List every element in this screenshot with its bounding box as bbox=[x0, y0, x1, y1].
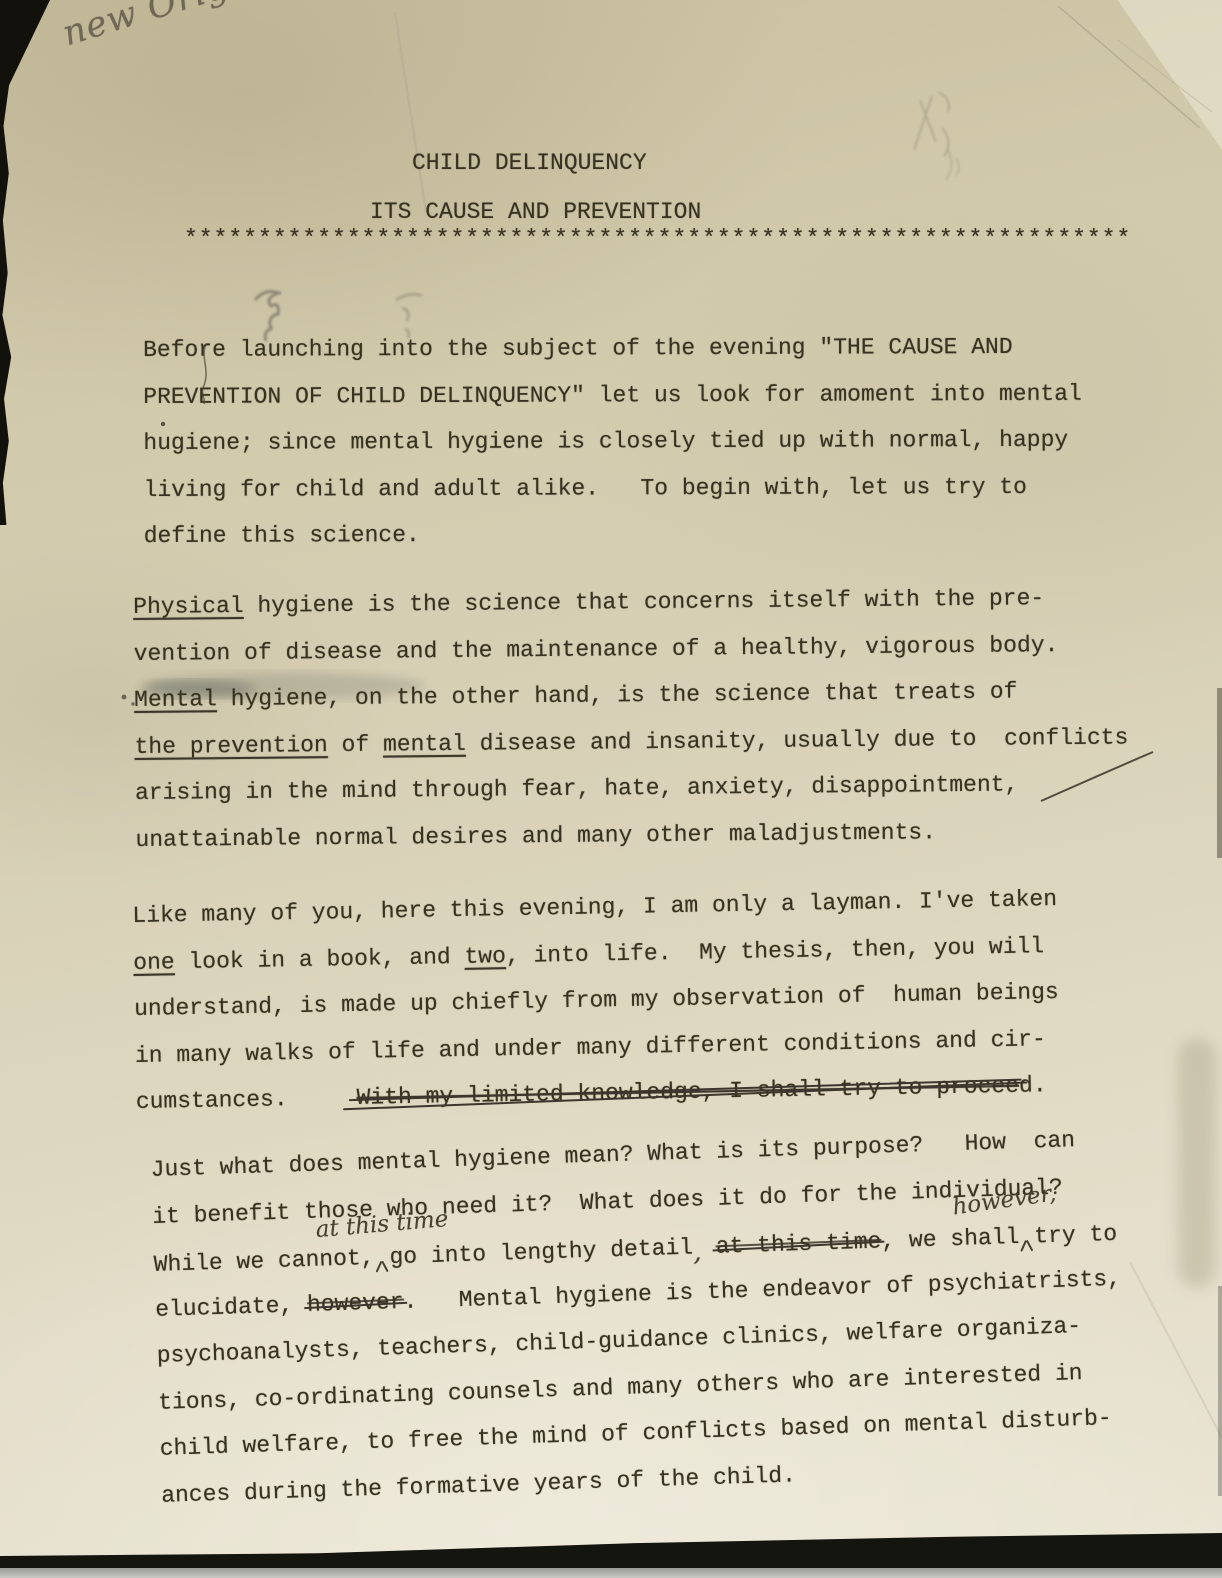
scan-bottom-band bbox=[0, 1522, 1222, 1568]
typed-line: PREVENTION OF CHILD DELINQUENCY" let us … bbox=[143, 370, 1222, 420]
typed-text: vention of disease and the maintenance o… bbox=[134, 632, 1059, 667]
pencil-scribble bbox=[914, 92, 949, 156]
asterisk-divider: ****************************************… bbox=[184, 226, 1131, 252]
torn-left-edge bbox=[0, 0, 16, 525]
typed-text: define this science. bbox=[144, 522, 420, 549]
margin-pen-dot bbox=[122, 695, 127, 700]
caret-mark bbox=[1020, 1240, 1032, 1252]
pencil-scribble bbox=[946, 150, 959, 180]
typed-text: cumstances. bbox=[136, 1085, 357, 1115]
handwritten-note: new Original bbox=[58, 0, 300, 54]
paragraph-layman: Like many of you, here this evening, I a… bbox=[132, 873, 1222, 1125]
handwritten-insertion: however, bbox=[1019, 1232, 1034, 1242]
underlined-text: the prevention bbox=[134, 732, 327, 760]
typed-text: disease and insanity, usually due to con… bbox=[466, 724, 1129, 756]
typed-line: unattainable normal desires and many oth… bbox=[135, 806, 1222, 863]
typed-text: ances during the formative years of the … bbox=[161, 1462, 796, 1508]
document-title: CHILD DELINQUENCY bbox=[412, 150, 647, 176]
underlined-text: one bbox=[133, 949, 175, 976]
handwritten-comma: , bbox=[692, 1229, 702, 1276]
typed-text: arising in the mind through fear, hate, … bbox=[135, 772, 1019, 806]
typed-line: define this science. bbox=[144, 509, 1222, 559]
typed-text: , into life. My thesis, then, you will bbox=[506, 933, 1045, 969]
typed-text: in many walks of life and under many dif… bbox=[135, 1026, 1046, 1069]
typed-text: of bbox=[328, 731, 383, 758]
paragraph-definitions: Physical hygiene is the science that con… bbox=[133, 574, 1222, 863]
typed-text: look in a book, and bbox=[174, 943, 464, 974]
typed-text: hugiene; since mental hygiene is closely… bbox=[143, 427, 1068, 456]
typed-text: d. bbox=[1019, 1072, 1047, 1099]
paper-crease-line bbox=[395, 12, 426, 212]
typed-line: hugiene; since mental hygiene is closely… bbox=[143, 416, 1222, 466]
underlined-text: two bbox=[464, 943, 506, 970]
caret-mark bbox=[376, 1260, 388, 1272]
typed-text: , we shall bbox=[881, 1224, 1020, 1254]
typed-text: Like many of you, here this evening, I a… bbox=[132, 886, 1057, 929]
document-subtitle: ITS CAUSE AND PREVENTION bbox=[370, 199, 701, 225]
typed-text: try to bbox=[1034, 1221, 1118, 1250]
scanned-document-page: new Original CHILD DELINQUENCY ITS CAUSE… bbox=[0, 0, 1222, 1578]
typed-text: go into lengthy detail bbox=[389, 1235, 693, 1271]
typed-text: living for child and adult alike. To beg… bbox=[144, 473, 1027, 502]
typed-text: elucidate, bbox=[155, 1292, 308, 1323]
typed-text: hygiene is the science that concerns its… bbox=[244, 585, 1045, 619]
underlined-text: mental bbox=[383, 730, 466, 757]
typed-text: While we cannot, bbox=[153, 1245, 375, 1278]
typed-text: understand, is made up chiefly from my o… bbox=[134, 979, 1059, 1022]
struck-text: at this time bbox=[715, 1228, 881, 1259]
paragraph-purpose: Just what does mental hygiene mean? What… bbox=[150, 1112, 1222, 1519]
typed-text: Before launching into the subject of the… bbox=[143, 334, 1013, 363]
typed-line: living for child and adult alike. To beg… bbox=[143, 463, 1222, 513]
struck-text: however bbox=[307, 1288, 404, 1317]
paragraph-intro: Before launching into the subject of the… bbox=[143, 323, 1222, 559]
typed-text: unattainable normal desires and many oth… bbox=[135, 819, 936, 853]
underlined-text: Physical bbox=[133, 593, 244, 620]
typed-text bbox=[702, 1234, 717, 1260]
typed-line: Before launching into the subject of the… bbox=[143, 323, 1222, 373]
folded-corner-crease bbox=[1042, 0, 1222, 170]
typed-text: hygiene, on the other hand, is the scien… bbox=[217, 679, 1018, 713]
handwritten-insertion: at this time bbox=[374, 1253, 389, 1263]
struck-text: With my limited knowledge, I shall try t… bbox=[356, 1073, 1019, 1111]
underlined-text: Mental bbox=[134, 686, 217, 713]
typed-text: PREVENTION OF CHILD DELINQUENCY" let us … bbox=[143, 380, 1082, 409]
